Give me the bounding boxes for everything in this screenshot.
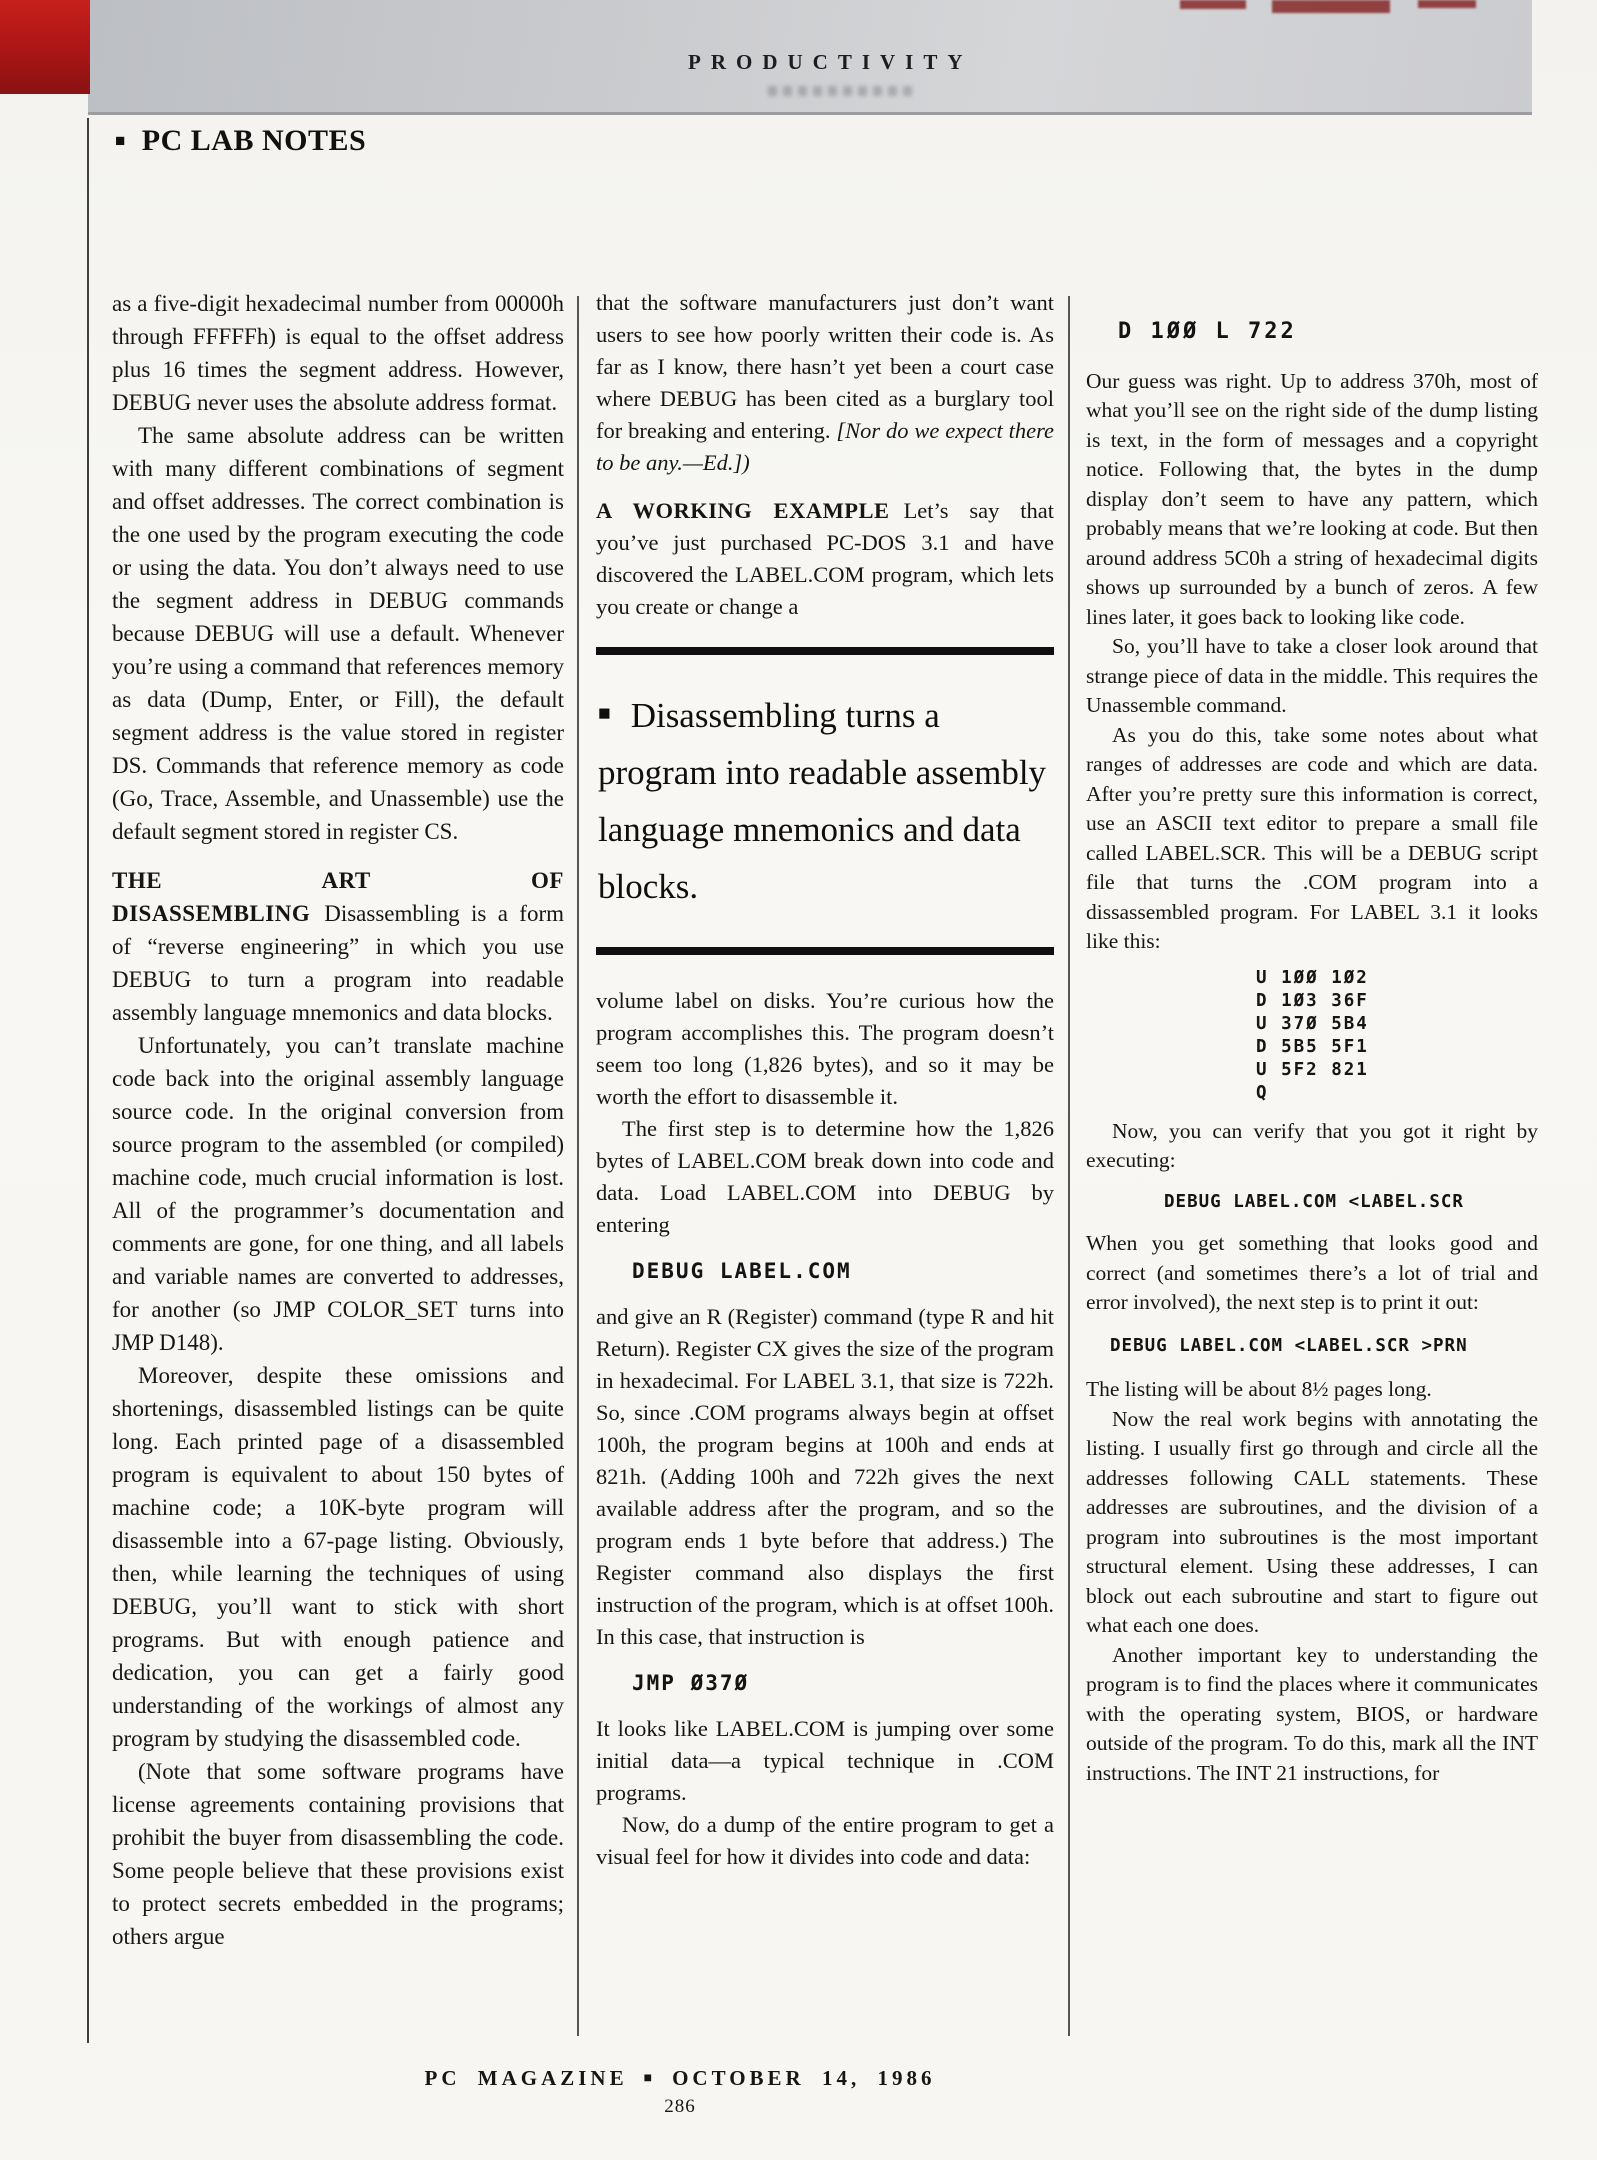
pull-quote-text: Disassembling turns a program into reada… xyxy=(598,696,1046,906)
body-paragraph: Another important key to understanding t… xyxy=(1086,1641,1538,1789)
left-page-rule xyxy=(87,118,89,2043)
code-line-debug-scr: DEBUG LABEL.COM <LABEL.SCR xyxy=(1164,1188,1538,1218)
page-number: 286 xyxy=(0,2096,1360,2118)
square-bullet-icon: ■ xyxy=(115,131,126,150)
script-line: Q xyxy=(1256,1082,1538,1105)
page-edge-artifacts xyxy=(1180,0,1540,16)
section-title: ■PC LAB NOTES xyxy=(115,124,366,158)
scan-top-band: PRODUCTIVITY xyxy=(88,0,1532,115)
script-line: U 1ØØ 1Ø2 xyxy=(1256,967,1538,990)
script-line: U 37Ø 5B4 xyxy=(1256,1013,1538,1036)
page-edge-red-artifact xyxy=(0,0,90,94)
kicker-subline-blur xyxy=(768,86,918,96)
body-paragraph: It looks like LABEL.COM is jumping over … xyxy=(596,1713,1054,1809)
pull-quote: ■Disassembling turns a program into read… xyxy=(596,647,1054,955)
red-fragment-icon xyxy=(1180,0,1246,9)
body-paragraph: A WORKING EXAMPLELet’s say that you’ve j… xyxy=(596,495,1054,623)
body-paragraph: Our guess was right. Up to address 370h,… xyxy=(1086,367,1538,633)
body-paragraph: The first step is to determine how the 1… xyxy=(596,1113,1054,1241)
code-line-debug-label: DEBUG LABEL.COM xyxy=(632,1255,1054,1287)
script-line: D 1Ø3 36F xyxy=(1256,990,1538,1013)
body-paragraph: As you do this, take some notes about wh… xyxy=(1086,721,1538,957)
page-footer: PC MAGAZINE■OCTOBER 14, 1986 286 xyxy=(0,2066,1360,2118)
body-paragraph: and give an R (Register) command (type R… xyxy=(596,1301,1054,1653)
column-divider-1 xyxy=(577,296,579,2036)
column-divider-2 xyxy=(1068,296,1070,2036)
code-line-dump: D 1ØØ L 722 xyxy=(1118,317,1538,347)
script-line: D 5B5 5F1 xyxy=(1256,1036,1538,1059)
red-fragment-icon xyxy=(1418,0,1476,8)
column-3: D 1ØØ L 722 Our guess was right. Up to a… xyxy=(1086,287,1538,1788)
body-paragraph: Now, you can verify that you got it righ… xyxy=(1086,1117,1538,1176)
body-paragraph: that the software manufacturers just don… xyxy=(596,287,1054,479)
footer-line: PC MAGAZINE■OCTOBER 14, 1986 xyxy=(0,2066,1360,2091)
body-paragraph: as a five-digit hexadecimal number from … xyxy=(112,287,564,419)
body-paragraph: So, you’ll have to take a closer look ar… xyxy=(1086,632,1538,721)
red-fragment-icon xyxy=(1272,0,1390,13)
body-paragraph: Moreover, despite these omissions and sh… xyxy=(112,1359,564,1755)
column-2: that the software manufacturers just don… xyxy=(596,287,1054,1873)
column-1: as a five-digit hexadecimal number from … xyxy=(112,287,564,1953)
body-paragraph: Now, do a dump of the entire program to … xyxy=(596,1809,1054,1873)
code-line-debug-prn: DEBUG LABEL.COM <LABEL.SCR >PRN xyxy=(1110,1332,1538,1362)
footer-magazine: PC MAGAZINE xyxy=(425,2066,628,2090)
footer-square-icon: ■ xyxy=(644,2071,656,2086)
code-line-jmp: JMP Ø37Ø xyxy=(632,1667,1054,1699)
body-paragraph: volume label on disks. You’re curious ho… xyxy=(596,985,1054,1113)
debug-script-block: U 1ØØ 1Ø2 D 1Ø3 36F U 37Ø 5B4 D 5B5 5F1 … xyxy=(1256,967,1538,1105)
body-paragraph: Unfortunately, you can’t translate machi… xyxy=(112,1029,564,1359)
body-paragraph: Now the real work begins with annotating… xyxy=(1086,1405,1538,1641)
body-paragraph: THE ART OF DISASSEMBLINGDisassembling is… xyxy=(112,864,564,1029)
script-line: U 5F2 821 xyxy=(1256,1059,1538,1082)
body-paragraph: (Note that some software programs have l… xyxy=(112,1755,564,1953)
body-paragraph: When you get something that looks good a… xyxy=(1086,1229,1538,1318)
body-paragraph: The listing will be about 8½ pages long. xyxy=(1086,1375,1538,1405)
kicker-productivity: PRODUCTIVITY xyxy=(688,50,973,75)
footer-date: OCTOBER 14, 1986 xyxy=(672,2066,935,2090)
body-paragraph: The same absolute address can be written… xyxy=(112,419,564,848)
run-in-heading: A WORKING EXAMPLE xyxy=(596,498,890,523)
section-title-text: PC LAB NOTES xyxy=(142,124,366,157)
square-bullet-icon: ■ xyxy=(598,701,611,725)
